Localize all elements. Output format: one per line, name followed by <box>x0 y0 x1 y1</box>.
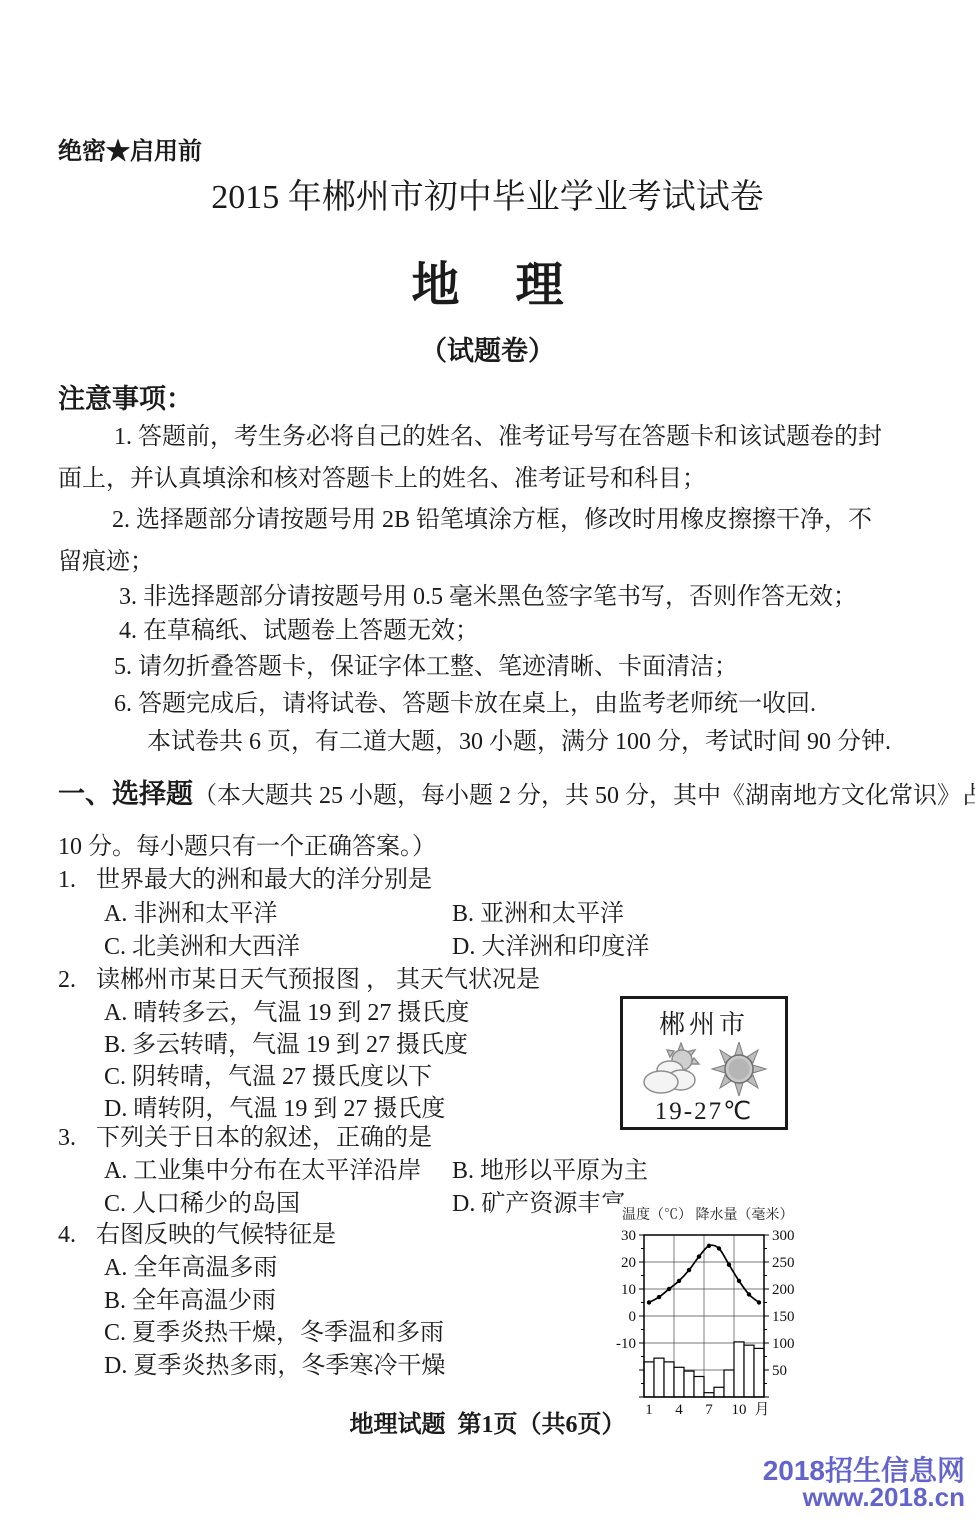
question-3-text: 下列关于日本的叙述，正确的是 <box>96 1125 432 1151</box>
climate-chart-title: 温度（℃） 降水量（毫米） <box>598 1204 810 1224</box>
weather-city: 郴州市 <box>623 1004 785 1041</box>
notice-line-6: 6. 答题完成后，请将试卷、答题卡放在桌上，由监考老师统一收回. <box>114 691 816 719</box>
notice-line-2-cont: 留痕迹； <box>58 549 154 577</box>
notice-line-1: 1. 答题前，考生务必将自己的姓名、准考证号写在答题卡和该试题卷的封 <box>114 424 882 452</box>
section-heading-note: （本大题共 25 小题，每小题 2 分，共 50 分，其中《湖南地方文化常识》占 <box>193 783 975 809</box>
exam-title: 2015 年郴州市初中毕业学业考试试卷 <box>0 178 975 217</box>
question-3-number: 3. <box>58 1125 96 1153</box>
svg-text:50: 50 <box>772 1363 787 1379</box>
question-2-option-c: C. 阴转晴，气温 27 摄氏度以下 <box>104 1064 432 1092</box>
question-4-option-c: C. 夏季炎热干燥，冬季温和多雨 <box>104 1320 444 1348</box>
svg-text:0: 0 <box>629 1309 637 1325</box>
secrecy-label: 绝密★启用前 <box>58 138 202 166</box>
subject-title: 地 理 <box>0 258 975 313</box>
question-2-text: 读郴州市某日天气预报图 ， 其天气状况是 <box>96 967 540 993</box>
weather-icons <box>623 1042 785 1096</box>
climate-chart-svg: 3020100-103002502001501005014710月 <box>598 1225 806 1423</box>
question-1-number: 1. <box>58 867 96 895</box>
question-4-option-d: D. 夏季炎热多雨，冬季寒冷干燥 <box>104 1353 445 1381</box>
svg-text:10: 10 <box>621 1282 636 1298</box>
question-3-option-c: C. 人口稀少的岛国 <box>104 1191 300 1219</box>
weather-forecast-box: 郴州市 <box>620 996 788 1130</box>
notice-line-3: 3. 非选择题部分请按题号用 0.5 毫米黑色签字笔书写，否则作答无效； <box>119 584 857 612</box>
notice-line-2: 2. 选择题部分请按题号用 2B 铅笔填涂方框，修改时用橡皮擦擦干净，不 <box>112 507 872 535</box>
page-footer: 地理试题 第1页（共6页） <box>0 1412 975 1440</box>
question-2-stem: 2.读郴州市某日天气预报图 ， 其天气状况是 <box>58 967 540 995</box>
svg-text:150: 150 <box>772 1309 795 1325</box>
question-4-number: 4. <box>58 1222 96 1250</box>
section-heading: 一、选择题（本大题共 25 小题，每小题 2 分，共 50 分，其中《湖南地方文… <box>58 779 975 811</box>
question-2-number: 2. <box>58 967 96 995</box>
notice-line-4: 4. 在草稿纸、试题卷上答题无效； <box>119 618 479 646</box>
question-4-text: 右图反映的气候特征是 <box>96 1222 336 1248</box>
climate-chart: 温度（℃） 降水量（毫米） 3020100-103002502001501005… <box>598 1204 810 1426</box>
svg-text:100: 100 <box>772 1336 795 1352</box>
watermark-site-url: www.2018.cn <box>803 1482 965 1513</box>
svg-text:250: 250 <box>772 1255 795 1271</box>
exam-paper-page: 绝密★启用前 2015 年郴州市初中毕业学业考试试卷 地 理 （试题卷） 注意事… <box>0 0 975 1523</box>
question-3-stem: 3.下列关于日本的叙述，正确的是 <box>58 1125 432 1153</box>
question-3-option-a: A. 工业集中分布在太平洋沿岸 <box>104 1158 421 1186</box>
svg-text:-10: -10 <box>616 1336 636 1352</box>
partly-cloudy-icon <box>640 1042 702 1096</box>
svg-text:20: 20 <box>621 1255 636 1271</box>
notice-summary-line: 本试卷共 6 页，有二道大题，30 小题，满分 100 分，考试时间 90 分钟… <box>147 729 891 757</box>
weather-temperature: 19-27℃ <box>623 1096 785 1126</box>
notice-heading: 注意事项： <box>58 384 193 415</box>
notice-line-5: 5. 请勿折叠答题卡，保证字体工整、笔迹清晰、卡面清洁； <box>114 654 738 682</box>
notice-line-1-cont: 面上，并认真填涂和核对答题卡上的姓名、准考证号和科目； <box>58 466 706 494</box>
section-heading-title: 一、选择题 <box>58 779 193 809</box>
question-1-stem: 1.世界最大的洲和最大的洋分别是 <box>58 867 432 895</box>
question-2-option-a: A. 晴转多云，气温 19 到 27 摄氏度 <box>104 1000 469 1028</box>
question-1-option-d: D. 大洋洲和印度洋 <box>452 934 649 962</box>
question-1-option-b: B. 亚洲和太平洋 <box>452 901 624 929</box>
sun-icon <box>710 1042 768 1096</box>
svg-text:300: 300 <box>772 1228 795 1244</box>
question-2-option-d: D. 晴转阴，气温 19 到 27 摄氏度 <box>104 1096 445 1124</box>
question-1-option-c: C. 北美洲和大西洋 <box>104 934 300 962</box>
question-1-text: 世界最大的洲和最大的洋分别是 <box>96 867 432 893</box>
question-4-option-b: B. 全年高温少雨 <box>104 1288 276 1316</box>
question-4-option-a: A. 全年高温多雨 <box>104 1255 277 1283</box>
section-heading-note-cont: 10 分。每小题只有一个正确答案。） <box>58 834 436 862</box>
svg-text:30: 30 <box>621 1228 636 1244</box>
question-1-option-a: A. 非洲和太平洋 <box>104 901 277 929</box>
paper-type-label: （试题卷） <box>0 336 975 367</box>
question-3-option-b: B. 地形以平原为主 <box>452 1158 648 1186</box>
question-2-option-b: B. 多云转晴，气温 19 到 27 摄氏度 <box>104 1032 468 1060</box>
svg-text:200: 200 <box>772 1282 795 1298</box>
question-4-stem: 4.右图反映的气候特征是 <box>58 1222 336 1250</box>
